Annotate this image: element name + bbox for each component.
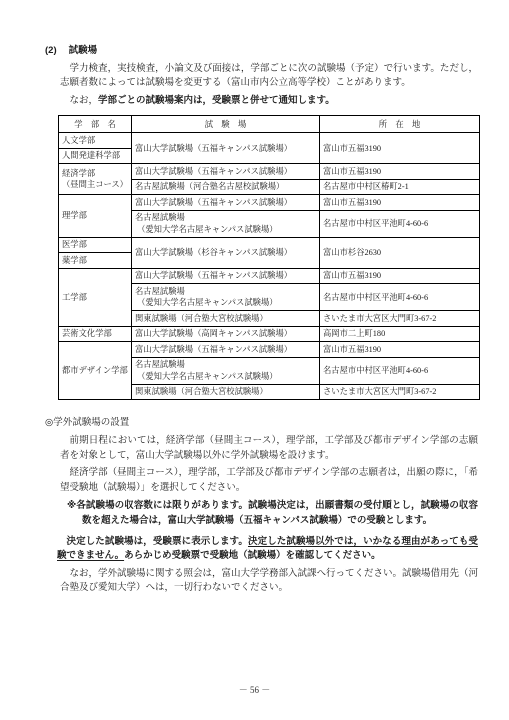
offsite-heading: ◎学外試験場の設置 [45,416,478,431]
faculty-cell: 薬学部 [59,253,132,269]
venue-cell: 名古屋試験場 （愛知大学名古屋キャンパス試験場） [132,284,320,311]
venue-cell: 富山大学試験場（杉谷キャンパス試験場） [132,237,320,268]
table-row: 工学部 富山大学試験場（五福キャンパス試験場） 富山市五福3190 [59,268,480,284]
intro-note: なお，学部ごとの試験場案内は，受験票と併せて通知します。 [60,94,478,109]
address-cell: 名古屋市中村区平池町4-60-6 [320,357,480,384]
faculty-cell: 芸術文化学部 [59,326,132,342]
intro-note-bold: 学部ごとの試験場案内は，受験票と併せて通知します。 [98,95,335,106]
faculty-cell: 都市デザイン学部 [59,342,132,400]
header-address: 所 在 地 [320,116,480,133]
table-header-row: 学 部 名 試 験 場 所 在 地 [59,116,480,133]
decided-text-3: あらかじめ受験票で受験地（試験場）を確認してください。 [124,550,381,561]
address-cell: さいたま市大宮区大門町3-67-2 [320,311,480,327]
intro-paragraph: 学力検査，実技検査，小論文及び面接は，学部ごとに次の試験場（予定）で行います。た… [60,62,478,91]
venue-cell: 関東試験場（河合塾大宮校試験場） [132,384,320,400]
intro-note-prefix: なお， [70,96,99,106]
address-cell: 名古屋市中村区椿町2-1 [320,179,480,195]
venue-cell: 富山大学試験場（五福キャンパス試験場） [132,342,320,358]
faculty-cell: 工学部 [59,268,132,326]
table-row: 芸術文化学部 富山大学試験場（高岡キャンパス試験場） 高岡市二上町180 [59,326,480,342]
table-row: 医学部 富山大学試験場（杉谷キャンパス試験場） 富山市杉谷2630 [59,237,480,253]
address-cell: 名古屋市中村区平池町4-60-6 [320,284,480,311]
faculty-cell: 経済学部 （昼間主コース） [59,164,132,195]
faculty-cell: 医学部 [59,237,132,253]
header-venue: 試 験 場 [132,116,320,133]
offsite-paragraph-1: 前期日程においては，経済学部（昼間主コース），理学部，工学部及び都市デザイン学部… [60,434,478,463]
venue-cell: 富山大学試験場（五福キャンパス試験場） [132,268,320,284]
table-row: 人文学部 富山大学試験場（五福キャンパス試験場） 富山市五福3190 [59,133,480,149]
address-cell: 富山市杉谷2630 [320,237,480,268]
capacity-note: ※各試験場の収容数には限りがあります。試験場決定は，出願書類の受付順とし，試験場… [67,499,478,528]
document-page: (2)試験場 学力検査，実技検査，小論文及び面接は，学部ごとに次の試験場（予定）… [0,0,509,720]
venue-cell: 富山大学試験場（五福キャンパス試験場） [132,133,320,164]
venue-cell: 関東試験場（河合塾大宮校試験場） [132,311,320,327]
section-heading: (2)試験場 [45,44,478,59]
faculty-cell: 人間発達科学部 [59,148,132,164]
venue-cell: 名古屋試験場（河合塾名古屋校試験場） [132,179,320,195]
venue-cell: 富山大学試験場（五福キャンパス試験場） [132,164,320,180]
address-cell: さいたま市大宮区大門町3-67-2 [320,384,480,400]
table-row: 理学部 富山大学試験場（五福キャンパス試験場） 富山市五福3190 [59,195,480,211]
faculty-cell: 人文学部 [59,133,132,149]
venue-cell: 名古屋試験場 （愛知大学名古屋キャンパス試験場） [132,210,320,237]
table-row: 都市デザイン学部 富山大学試験場（五福キャンパス試験場） 富山市五福3190 [59,342,480,358]
decided-venue-paragraph: 決定した試験場は，受験票に表示します。決定した試験場以外では，いかなる理由があっ… [57,535,478,564]
decided-text-1: 決定した試験場は，受験票に表示します。 [67,536,248,547]
address-cell: 名古屋市中村区平池町4-60-6 [320,210,480,237]
venue-cell: 富山大学試験場（五福キャンパス試験場） [132,195,320,211]
exam-venue-table: 学 部 名 試 験 場 所 在 地 人文学部 富山大学試験場（五福キャンパス試験… [58,115,480,400]
venue-cell: 名古屋試験場 （愛知大学名古屋キャンパス試験場） [132,357,320,384]
address-cell: 富山市五福3190 [320,164,480,180]
address-cell: 富山市五福3190 [320,268,480,284]
faculty-cell: 理学部 [59,195,132,238]
page-number: － 56 － [0,683,509,698]
address-cell: 高岡市二上町180 [320,326,480,342]
venue-cell: 富山大学試験場（高岡キャンパス試験場） [132,326,320,342]
address-cell: 富山市五福3190 [320,133,480,164]
section-number: (2) [45,45,57,56]
offsite-paragraph-2: 経済学部（昼間主コース），理学部，工学部及び都市デザイン学部の志願者は，出願の際… [60,466,478,495]
table-row: 経済学部 （昼間主コース） 富山大学試験場（五福キャンパス試験場） 富山市五福3… [59,164,480,180]
header-faculty: 学 部 名 [59,116,132,133]
address-cell: 富山市五福3190 [320,195,480,211]
section-title: 試験場 [69,45,98,56]
address-cell: 富山市五福3190 [320,342,480,358]
inquiry-paragraph: なお，学外試験場に関する照会は，富山大学学務部入試課へ行ってください。試験場借用… [60,567,478,596]
